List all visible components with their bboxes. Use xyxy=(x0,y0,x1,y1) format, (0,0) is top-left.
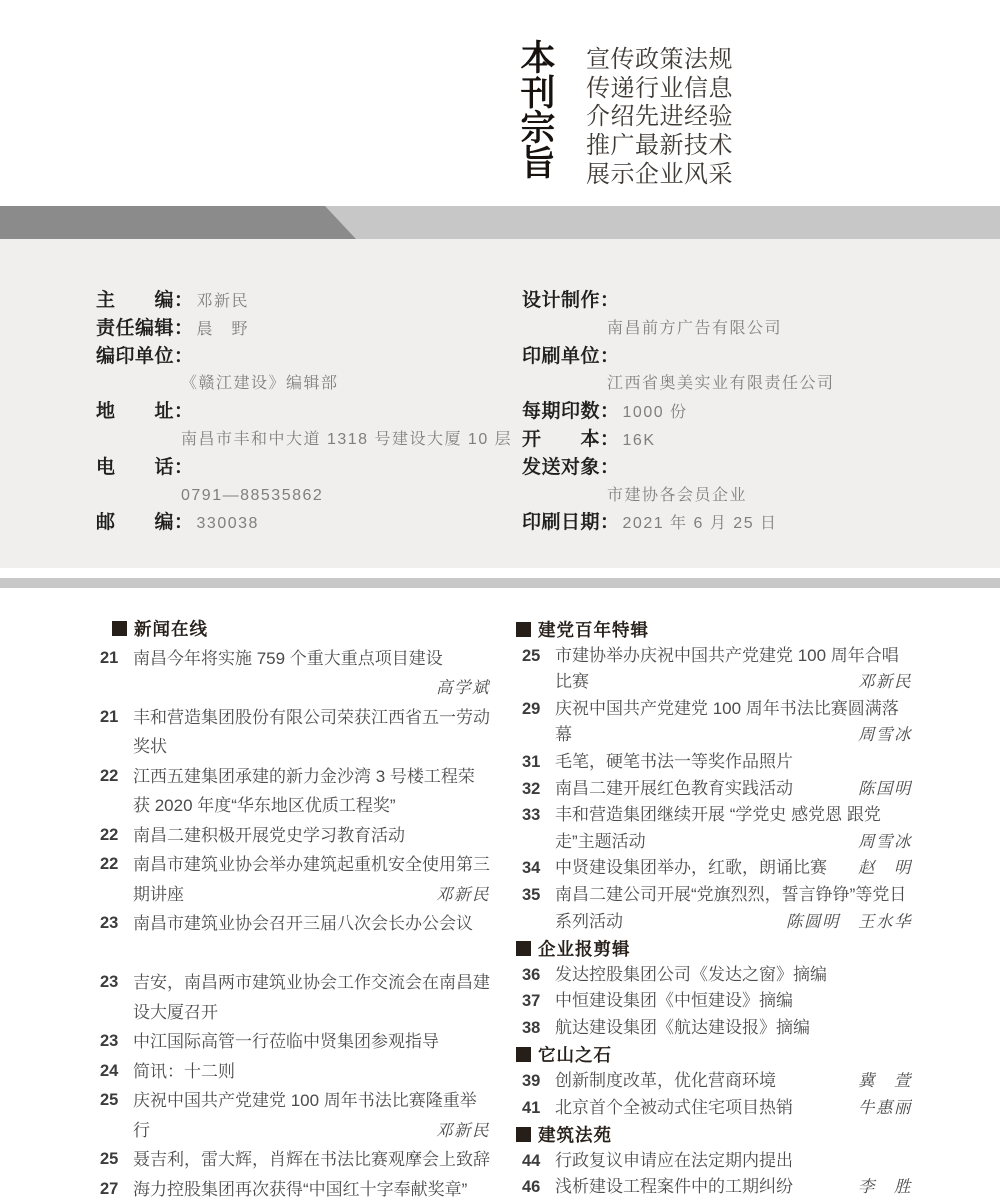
toc-section-title: 建筑法苑 xyxy=(538,1122,612,1147)
toc-page-number: 23 xyxy=(100,968,133,1027)
toc-page-number: 31 xyxy=(522,749,555,776)
toc-page-number: 36 xyxy=(522,962,555,989)
toc-entry: 23南昌市建筑业协会召开三届八次会长办公会议 xyxy=(100,909,490,939)
toc-entry-author: 邓新民 xyxy=(858,669,912,696)
toc-entry-title: 航达建设集团《航达建设报》摘编 xyxy=(555,1015,912,1042)
publication-left-column: 主 编：邓新民责任编辑：晨 野编印单位：《赣江建设》编辑部地 址：南昌市丰和中大… xyxy=(96,287,496,537)
toc-page-number: 27 xyxy=(100,1175,133,1202)
info-row: 开 本：16K xyxy=(522,426,962,454)
info-label: 发送对象： xyxy=(522,457,620,478)
toc-page-number: 35 xyxy=(522,882,555,935)
toc-entry-title: 丰和营造集团继续开展 “学党史 感党恩 跟党走”主题活动周雪冰 xyxy=(555,802,912,855)
toc-section-header: 它山之石 xyxy=(516,1042,912,1069)
section-bullet-icon xyxy=(516,941,531,956)
toc-entry: 21丰和营造集团股份有限公司荣获江西省五一劳动奖状 xyxy=(100,703,490,762)
toc-entry-author: 邓新民 xyxy=(436,1116,490,1146)
toc-page-number: 23 xyxy=(100,1027,133,1057)
toc-entry: 38航达建设集团《航达建设报》摘编 xyxy=(522,1015,912,1042)
toc-entry: 37中恒建设集团《中恒建设》摘编 xyxy=(522,988,912,1015)
toc-page-number: 38 xyxy=(522,1015,555,1042)
magazine-toc-page: { "masthead": { "title": "本刊宗旨", "slogan… xyxy=(0,0,1000,1202)
mission-title-char: 本 xyxy=(516,41,560,76)
toc-entry-title: 南昌二建开展红色教育实践活动陈国明 xyxy=(555,776,912,803)
info-value: 邓新民 xyxy=(197,293,250,310)
toc-entry: 25庆祝中国共产党建党 100 周年书法比赛隆重举行邓新民 xyxy=(100,1086,490,1145)
info-label: 每期印数： xyxy=(522,401,620,422)
info-row: 地 址： xyxy=(96,398,496,426)
toc-page-number: 25 xyxy=(100,1086,133,1145)
toc-entry: 23吉安，南昌两市建筑业协会工作交流会在南昌建设大厦召开 xyxy=(100,968,490,1027)
mission-slogan-line: 宣传政策法规 xyxy=(586,45,733,74)
toc-entry: 27海力控股集团再次获得“中国红十字奉献奖章” xyxy=(100,1175,490,1202)
toc-section-title: 建党百年特辑 xyxy=(538,617,649,642)
toc-entry: 25聂吉利，雷大辉，肖辉在书法比赛观摩会上致辞 xyxy=(100,1145,490,1175)
info-label: 印刷单位： xyxy=(522,346,620,367)
toc-entry-author: 陈圆明 王水华 xyxy=(786,909,912,936)
toc-entry-title: 聂吉利，雷大辉，肖辉在书法比赛观摩会上致辞 xyxy=(133,1145,490,1175)
info-label: 印刷日期： xyxy=(522,512,620,533)
banner-dark-parallelogram xyxy=(0,206,356,239)
toc-page-number: 24 xyxy=(100,1057,133,1087)
info-row: 设计制作： xyxy=(522,287,962,315)
toc-page-number: 22 xyxy=(100,850,133,909)
toc-page-number: 33 xyxy=(522,802,555,855)
toc-entry-title: 发达控股集团公司《发达之窗》摘编 xyxy=(555,962,912,989)
toc-entry-author: 周雪冰 xyxy=(858,829,912,856)
toc-page-number: 34 xyxy=(522,855,555,882)
toc-entry: 24简讯：十二则 xyxy=(100,1057,490,1087)
toc-entry-author: 冀 萱 xyxy=(858,1068,912,1095)
toc-entry-title: 南昌市建筑业协会召开三届八次会长办公会议 xyxy=(133,909,490,939)
info-row: 责任编辑：晨 野 xyxy=(96,315,496,343)
section-bullet-icon xyxy=(516,1047,531,1062)
toc-entry-author: 高学斌 xyxy=(436,673,490,703)
info-label: 电 话： xyxy=(96,457,194,478)
toc-entry-title: 北京首个全被动式住宅项目热销牛惠丽 xyxy=(555,1095,912,1122)
toc-entry: 46浅析建设工程案件中的工期纠纷李 胜 xyxy=(522,1174,912,1201)
toc-section-title: 新闻在线 xyxy=(134,616,208,641)
toc-section-header: 新闻在线 xyxy=(112,614,490,644)
toc-right-column: 建党百年特辑25市建协举办庆祝中国共产党建党 100 周年合唱比赛邓新民29庆祝… xyxy=(522,616,912,1201)
toc-page-number: 29 xyxy=(522,696,555,749)
toc-entry-author: 牛惠丽 xyxy=(858,1095,912,1122)
info-value: 330038 xyxy=(197,515,259,532)
info-label: 责任编辑： xyxy=(96,318,194,339)
toc-page-number: 25 xyxy=(522,643,555,696)
toc-entry-title: 毛笔，硬笔书法一等奖作品照片 xyxy=(555,749,912,776)
toc-entry: 44行政复议申请应在法定期内提出 xyxy=(522,1148,912,1175)
info-row: 每期印数：1000 份 xyxy=(522,398,962,426)
toc-entry-author: 赵 明 xyxy=(858,855,912,882)
toc-entry: 41北京首个全被动式住宅项目热销牛惠丽 xyxy=(522,1095,912,1122)
toc-left-column: 新闻在线21南昌今年将实施 759 个重大重点项目建设高学斌21丰和营造集团股份… xyxy=(100,614,490,1202)
mission-slogan-line: 推广最新技术 xyxy=(586,131,733,160)
toc-page-number: 32 xyxy=(522,776,555,803)
toc-entry-title: 南昌二建公司开展“党旗烈烈，誓言铮铮”等党日系列活动陈圆明 王水华 xyxy=(555,882,912,935)
toc-entry-title: 吉安，南昌两市建筑业协会工作交流会在南昌建设大厦召开 xyxy=(133,968,490,1027)
mission-slogans: 宣传政策法规传递行业信息介绍先进经验推广最新技术展示企业风采 xyxy=(586,45,733,189)
info-row: 电 话： xyxy=(96,454,496,482)
toc-entry-title: 创新制度改革，优化营商环境冀 萱 xyxy=(555,1068,912,1095)
info-value: 南昌市丰和中大道 1318 号建设大厦 10 层 xyxy=(96,426,496,454)
toc-entry: 31毛笔，硬笔书法一等奖作品照片 xyxy=(522,749,912,776)
toc-entry: 33丰和营造集团继续开展 “学党史 感党恩 跟党走”主题活动周雪冰 xyxy=(522,802,912,855)
info-value: 2021 年 6 月 25 日 xyxy=(623,515,778,532)
info-row: 印刷单位： xyxy=(522,343,962,371)
toc-entry-title: 南昌二建积极开展党史学习教育活动 xyxy=(133,821,490,851)
info-row: 发送对象： xyxy=(522,454,962,482)
section-bullet-icon xyxy=(516,622,531,637)
toc-entry: 34中贤建设集团举办，红歌，朗诵比赛赵 明 xyxy=(522,855,912,882)
toc-page-number: 44 xyxy=(522,1148,555,1175)
info-value: 晨 野 xyxy=(197,321,250,338)
toc-entry: 22南昌市建筑业协会举办建筑起重机安全使用第三期讲座邓新民 xyxy=(100,850,490,909)
info-value: 市建协各会员企业 xyxy=(522,482,962,510)
info-row: 编印单位： xyxy=(96,343,496,371)
toc-page-number: 22 xyxy=(100,821,133,851)
toc-section-title: 它山之石 xyxy=(538,1042,612,1067)
info-label: 地 址： xyxy=(96,401,194,422)
toc-page-number: 21 xyxy=(100,703,133,762)
toc-entry: 22江西五建集团承建的新力金沙湾 3 号楼工程荣获 2020 年度“华东地区优质… xyxy=(100,762,490,821)
toc-entry-title: 行政复议申请应在法定期内提出 xyxy=(555,1148,912,1175)
toc-section-header: 建党百年特辑 xyxy=(516,616,912,643)
info-value: 《赣江建设》编辑部 xyxy=(96,370,496,398)
toc-entry-author: 陈国明 xyxy=(858,776,912,803)
mission-slogan-line: 展示企业风采 xyxy=(586,160,733,189)
toc-page-number: 23 xyxy=(100,909,133,939)
info-value: 江西省奥美实业有限责任公司 xyxy=(522,370,962,398)
info-label: 编印单位： xyxy=(96,346,194,367)
mission-slogan-line: 介绍先进经验 xyxy=(586,102,733,131)
banner-stripe xyxy=(0,206,1000,239)
toc-entry-title: 中江国际高管一行莅临中贤集团参观指导 xyxy=(133,1027,490,1057)
toc-entry-title: 浅析建设工程案件中的工期纠纷李 胜 xyxy=(555,1174,912,1201)
mission-slogan-line: 传递行业信息 xyxy=(586,74,733,103)
toc-page-number: 21 xyxy=(100,644,133,703)
section-bullet-icon xyxy=(112,621,127,636)
toc-page-number: 41 xyxy=(522,1095,555,1122)
section-bullet-icon xyxy=(516,1127,531,1142)
mission-title-char: 刊 xyxy=(516,76,560,111)
toc-entry-title: 庆祝中国共产党建党 100 周年书法比赛圆满落幕周雪冰 xyxy=(555,696,912,749)
info-label: 设计制作： xyxy=(522,290,620,311)
toc-entry-title: 市建协举办庆祝中国共产党建党 100 周年合唱比赛邓新民 xyxy=(555,643,912,696)
toc-entry-title: 南昌今年将实施 759 个重大重点项目建设高学斌 xyxy=(133,644,490,703)
toc-page-number: 39 xyxy=(522,1068,555,1095)
toc-entry-title: 庆祝中国共产党建党 100 周年书法比赛隆重举行邓新民 xyxy=(133,1086,490,1145)
toc-entry: 22南昌二建积极开展党史学习教育活动 xyxy=(100,821,490,851)
publication-panel: 主 编：邓新民责任编辑：晨 野编印单位：《赣江建设》编辑部地 址：南昌市丰和中大… xyxy=(0,239,1000,568)
toc-entry-title: 南昌市建筑业协会举办建筑起重机安全使用第三期讲座邓新民 xyxy=(133,850,490,909)
info-label: 开 本： xyxy=(522,429,620,450)
toc-page-number: 22 xyxy=(100,762,133,821)
toc-entry-title: 海力控股集团再次获得“中国红十字奉献奖章” xyxy=(133,1175,490,1202)
toc-entry: 23中江国际高管一行莅临中贤集团参观指导 xyxy=(100,1027,490,1057)
publication-right-column: 设计制作：南昌前方广告有限公司印刷单位：江西省奥美实业有限责任公司每期印数：10… xyxy=(522,287,962,537)
info-label: 主 编： xyxy=(96,290,194,311)
toc-entry-title: 中恒建设集团《中恒建设》摘编 xyxy=(555,988,912,1015)
toc-entry-title: 简讯：十二则 xyxy=(133,1057,490,1087)
toc-entry: 36发达控股集团公司《发达之窗》摘编 xyxy=(522,962,912,989)
divider-stripe xyxy=(0,578,1000,588)
toc-section-header: 企业报剪辑 xyxy=(516,935,912,962)
toc-entry-title: 丰和营造集团股份有限公司荣获江西省五一劳动奖状 xyxy=(133,703,490,762)
toc-page-number: 37 xyxy=(522,988,555,1015)
toc-entry-author: 邓新民 xyxy=(436,880,490,910)
toc-entry: 21南昌今年将实施 759 个重大重点项目建设高学斌 xyxy=(100,644,490,703)
info-row: 主 编：邓新民 xyxy=(96,287,496,315)
toc-section-title: 企业报剪辑 xyxy=(538,936,631,961)
toc-entry: 35南昌二建公司开展“党旗烈烈，誓言铮铮”等党日系列活动陈圆明 王水华 xyxy=(522,882,912,935)
toc-entry: 25市建协举办庆祝中国共产党建党 100 周年合唱比赛邓新民 xyxy=(522,643,912,696)
toc-entry-title: 江西五建集团承建的新力金沙湾 3 号楼工程荣获 2020 年度“华东地区优质工程… xyxy=(133,762,490,821)
toc-entry-author: 李 胜 xyxy=(858,1174,912,1201)
info-row: 邮 编：330038 xyxy=(96,509,496,537)
toc-entry-author: 周雪冰 xyxy=(858,722,912,749)
toc-section-header: 建筑法苑 xyxy=(516,1121,912,1148)
toc-entry: 32南昌二建开展红色教育实践活动陈国明 xyxy=(522,776,912,803)
info-value: 16K xyxy=(623,432,656,449)
toc-entry: 39创新制度改革，优化营商环境冀 萱 xyxy=(522,1068,912,1095)
toc-entry: 29庆祝中国共产党建党 100 周年书法比赛圆满落幕周雪冰 xyxy=(522,696,912,749)
toc-page-number: 46 xyxy=(522,1174,555,1201)
mission-title-char: 旨 xyxy=(516,146,560,181)
info-label: 邮 编： xyxy=(96,512,194,533)
toc-entry-title: 中贤建设集团举办，红歌，朗诵比赛赵 明 xyxy=(555,855,912,882)
mission-title-char: 宗 xyxy=(516,111,560,146)
info-row: 印刷日期：2021 年 6 月 25 日 xyxy=(522,509,962,537)
toc-page-number: 25 xyxy=(100,1145,133,1175)
mission-title: 本刊宗旨 xyxy=(516,41,560,181)
info-value: 1000 份 xyxy=(623,404,688,421)
info-value: 0791—88535862 xyxy=(96,482,496,510)
info-value: 南昌前方广告有限公司 xyxy=(522,315,962,343)
